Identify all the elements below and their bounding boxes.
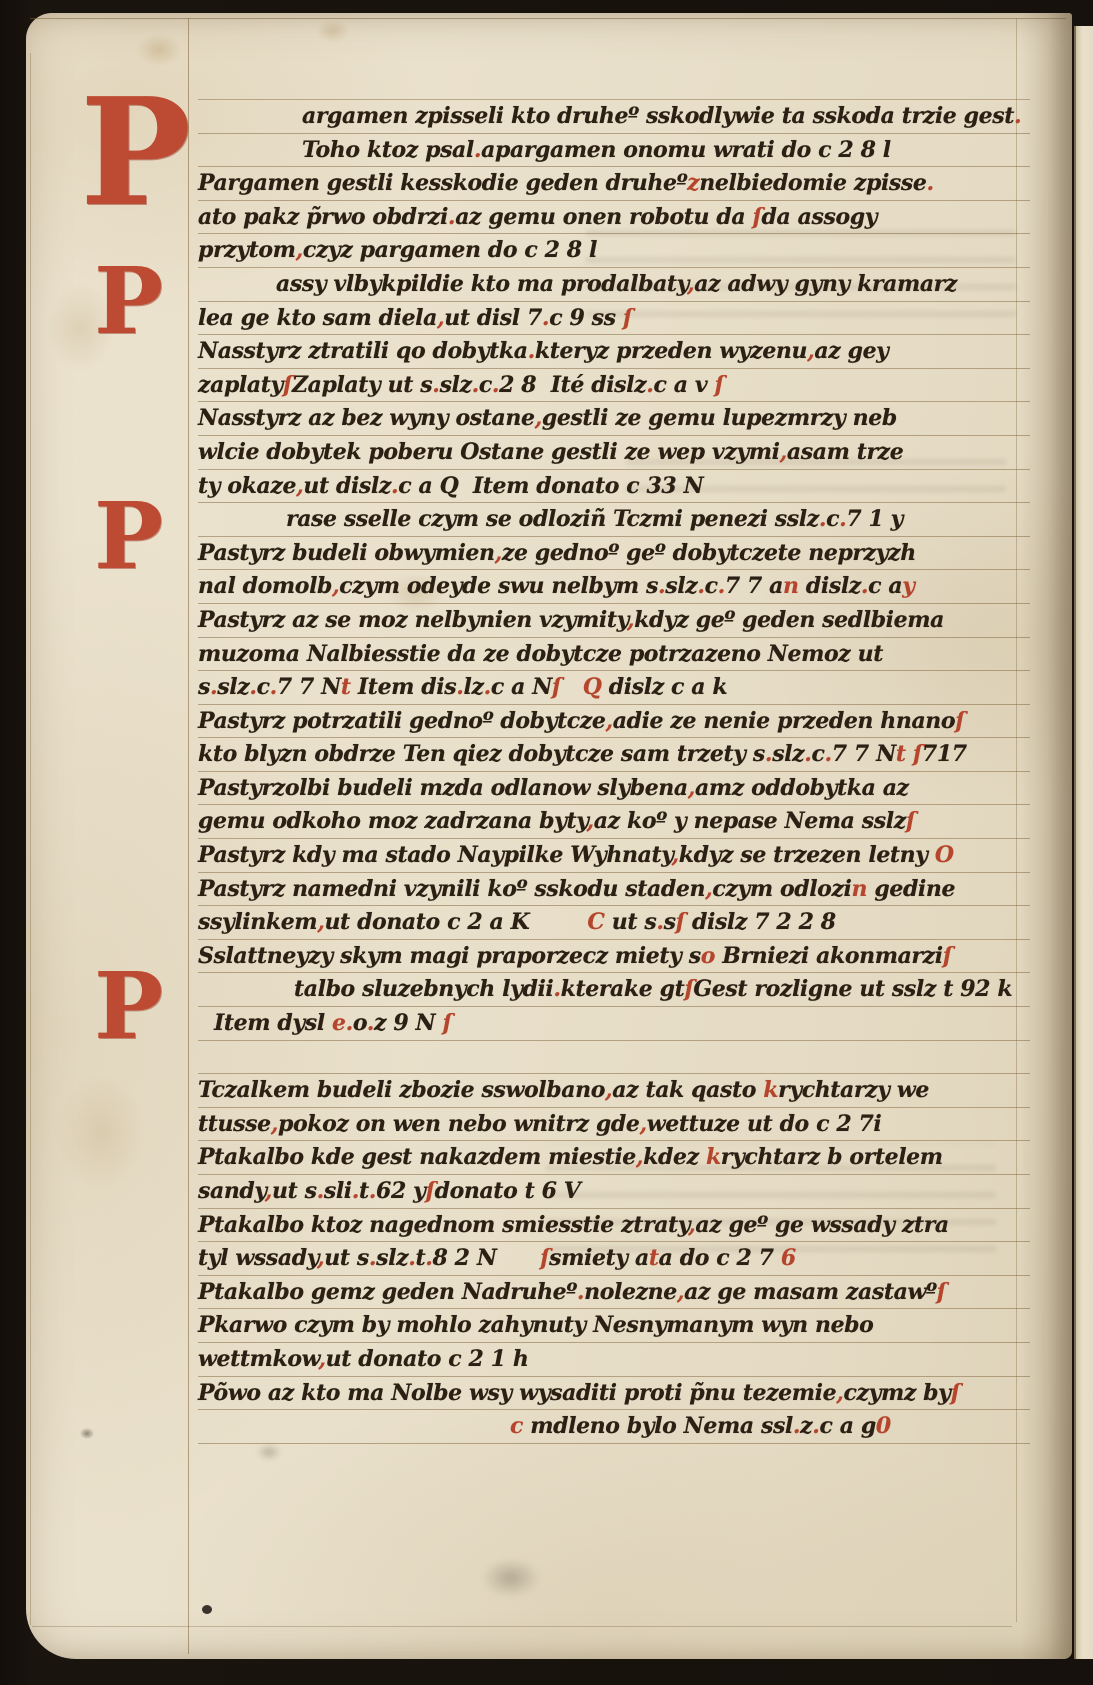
manuscript-line: Põwo az kto ma Nolbe wsy wysaditi proti … — [198, 1377, 1030, 1411]
rubricated-text: t — [896, 741, 906, 767]
rubricated-text: ſ — [955, 708, 964, 734]
ink-text: muzoma Nalbiesstie da ze dobytcze potrza… — [198, 641, 883, 667]
rubricated-text: n — [783, 573, 799, 599]
manuscript-line: zaplatyſZaplaty ut s.slz.c.2 8 Ité dislz… — [198, 369, 1030, 403]
ink-text: Brniezi akonmarzi — [715, 943, 943, 969]
ink-text: slz — [376, 1245, 408, 1271]
manuscript-line: Pastyrz az se moz nelbynien vzymity,kdyz… — [198, 604, 1030, 638]
ink-text: kdez — [643, 1144, 706, 1170]
ink-text: Nasstyrz ztratili qo dobytka — [198, 338, 528, 364]
rubricated-text: Q — [583, 674, 602, 700]
manuscript-line: Item dysl e.o.z 9 N ſ — [198, 1007, 1030, 1041]
ink-text: az ge masam zastawº — [684, 1279, 936, 1305]
ink-text: Zaplaty ut s — [292, 372, 432, 398]
ink-text: c a v — [654, 372, 715, 398]
ink-text: Tczalkem budeli zbozie sswolbano — [198, 1077, 605, 1103]
ink-text: asam trze — [787, 439, 903, 465]
rubricated-text: . — [270, 674, 277, 700]
ink-text: ato pakz p̃rwo obdrzi — [198, 204, 448, 230]
rubricated-text: . — [927, 170, 934, 196]
ink-text: lea ge kto sam diela — [198, 305, 437, 331]
ink-text: amz oddobytka az — [695, 775, 909, 801]
rubricated-text: 6 — [781, 1245, 796, 1271]
rubricated-text: . — [369, 1178, 376, 1204]
ink-text: c — [826, 506, 839, 532]
rubricated-text: y — [902, 573, 914, 599]
ink-text: slz — [440, 372, 472, 398]
ink-text: az tak qasto — [612, 1077, 763, 1103]
smudge — [256, 1443, 282, 1461]
ink-text: s — [664, 909, 676, 935]
rubricated-text: ſ — [540, 1245, 549, 1271]
ink-text: kterake gt — [561, 976, 685, 1002]
ink-text: c a g — [820, 1413, 876, 1439]
rubricated-text: ſ — [283, 372, 292, 398]
rubricated-text: , — [265, 1178, 272, 1204]
rubricated-text: k — [763, 1077, 778, 1103]
ink-text: ty okaze — [198, 473, 296, 499]
rubricated-text: ſ — [426, 1178, 435, 1204]
ink-text — [561, 674, 583, 700]
ink-text: ssylinkem — [198, 909, 317, 935]
rubricated-text: n — [852, 876, 868, 902]
manuscript-line: przytom,czyz pargamen do c 2 8 l — [198, 234, 1030, 268]
ink-text: t — [359, 1178, 369, 1204]
rubricated-text: . — [528, 338, 535, 364]
rubricated-text: . — [646, 372, 653, 398]
ink-text: az gey — [814, 338, 888, 364]
ink-text: ut donato c 2 a K — [324, 909, 587, 935]
ink-text: gestli ze gemu lupezmrzy neb — [542, 405, 897, 431]
manuscript-line: Toho ktoz psal.apargamen onomu wrati do … — [198, 134, 1030, 168]
ink-text: kteryz przeden wyzenu — [535, 338, 807, 364]
manuscript-line: Ptakalbo kde gest nakazdem miestie,kdez … — [198, 1141, 1030, 1175]
ink-text: Pastyrz budeli obwymien — [198, 540, 495, 566]
ink-text: slz — [665, 573, 697, 599]
ink-text: c a — [868, 573, 902, 599]
ink-text: ut s — [272, 1178, 317, 1204]
manuscript-line: Pkarwo czym by mohlo zahynuty Nesnymanym… — [198, 1309, 1030, 1343]
ink-text: az geº ge wssady ztra — [695, 1212, 948, 1238]
ink-text: Item dis — [351, 674, 457, 700]
manuscript-line: lea ge kto sam diela,ut disl 7.c 9 ss ſ — [198, 302, 1030, 336]
rubricated-text: ſ — [752, 204, 761, 230]
rubricated-text: ſ — [442, 1010, 451, 1036]
ink-text: Item dysl — [214, 1010, 332, 1036]
stain — [56, 1073, 146, 1193]
ink-dot — [202, 1605, 212, 1614]
rubricated-text: . — [819, 506, 826, 532]
ink-text: rase sselle czym se odloziñ Tczmi penezi… — [286, 506, 819, 532]
ink-text: Ptakalbo gemz geden Nadruheº — [198, 1279, 577, 1305]
ink-text: nelbiedomie zpisse — [699, 170, 926, 196]
ink-text: a do c 2 7 — [659, 1245, 781, 1271]
ink-text: czymz by — [843, 1380, 950, 1406]
manuscript-line: Pastyrz budeli obwymien,ze gednoº geº do… — [198, 537, 1030, 571]
manuscript-line: Pargamen zpisseli kto druheº sskodlywie … — [198, 100, 1030, 134]
ink-text: s — [198, 674, 210, 700]
manuscript-line: nal domolb,czym odeyde swu nelbym s.slz.… — [198, 570, 1030, 604]
ink-text: az adwy gyny kramarz — [694, 271, 957, 297]
ink-text: czym odlozi — [712, 876, 851, 902]
ruling-top — [30, 18, 1066, 19]
ink-text: c 9 ss — [549, 305, 623, 331]
ink-text: 7 7 N — [832, 741, 896, 767]
ink-text: czym odeyde swu nelbym s — [339, 573, 658, 599]
rubricated-text: , — [535, 405, 542, 431]
ink-text: Põwo az kto ma Nolbe wsy wysaditi proti … — [198, 1380, 836, 1406]
manuscript-line: c mdleno bylo Nema ssl.z.c a g0 — [198, 1410, 1030, 1444]
ink-text: adie ze nenie przeden hnano — [613, 708, 955, 734]
stain — [136, 33, 182, 67]
ink-text: Ptakalbo ktoz nagednom smiesstie ztraty — [198, 1212, 688, 1238]
ink-text: Sslattneyzy skym magi praporzecz miety s — [198, 943, 701, 969]
ink-text: ze gednoº geº dobytczete neprzyzh — [502, 540, 916, 566]
ink-text: lz — [464, 674, 484, 700]
ink-text: kdyz se trzezen letny — [679, 842, 935, 868]
ink-text: tyl wssady — [198, 1245, 317, 1271]
ink-text: Pastyrz potrzatili gednoº dobytcze — [198, 708, 606, 734]
manuscript-line: Nasstyrz ztratili qo dobytka.kteryz prze… — [198, 335, 1030, 369]
manuscript-line: tyl wssady,ut s.slz.t.8 2 N ſsmiety ata … — [198, 1242, 1030, 1276]
dark-spot — [80, 1428, 94, 1439]
manuscript-line — [198, 1041, 1030, 1075]
rubricated-text: . — [352, 1178, 359, 1204]
rubricated-text: ſ — [623, 305, 632, 331]
ink-text: Pkarwo czym by mohlo zahynuty Nesnymanym… — [198, 1312, 873, 1338]
manuscript-line: Prase sselle czym se odloziñ Tczmi penez… — [198, 503, 1030, 537]
rubricated-text: k — [706, 1144, 721, 1170]
ink-text: o — [353, 1010, 367, 1036]
manuscript-line: Sslattneyzy skym magi praporzecz miety s… — [198, 940, 1030, 974]
rubricated-text: , — [271, 1111, 278, 1137]
rubricated-text: 0 — [876, 1413, 891, 1439]
manuscript-line: Ptalbo sluzebnych lydii.kterake gtſGest … — [198, 973, 1030, 1007]
manuscript-line: s.slz.c.7 7 Nt Item dis.lz.c a Nſ Q disl… — [198, 671, 1030, 705]
ruling-left-margin — [188, 18, 189, 1654]
rubricated-text: . — [812, 1413, 819, 1439]
rubricated-text: . — [249, 674, 256, 700]
manuscript-line: wettmkow,ut donato c 2 1 h — [198, 1343, 1030, 1377]
ink-text: 7 1 y — [846, 506, 903, 532]
manuscript-line: Pastyrz namedni vzynili koº sskodu stade… — [198, 873, 1030, 907]
ink-text: c a Q Item donato c 33 N — [398, 473, 703, 499]
ink-text: Nasstyrz az bez wyny ostane — [198, 405, 535, 431]
rubricated-text: . — [697, 573, 704, 599]
parchment-page: Pargamen zpisseli kto druheº sskodlywie … — [26, 13, 1072, 1659]
ink-text: smiety a — [549, 1245, 649, 1271]
ink-text: gemu odkoho moz zadrzana byty — [198, 808, 587, 834]
ink-text: rychtarzy we — [778, 1077, 929, 1103]
manuscript-line: muzoma Nalbiesstie da ze dobytcze potrza… — [198, 638, 1030, 672]
rubricated-text: ſ — [937, 1279, 946, 1305]
manuscript-line: gemu odkoho moz zadrzana byty,az koº y n… — [198, 805, 1030, 839]
manuscript-line: ttusse,pokoz on wen nebo wnitrz gde,wett… — [198, 1108, 1030, 1142]
manuscript-line: Ptakalbo ktoz nagednom smiesstie ztraty,… — [198, 1209, 1030, 1243]
manuscript-line: Pargamen gestli kesskodie geden druheºzn… — [198, 167, 1030, 201]
ink-text: az koº y nepase Nema sslz — [594, 808, 906, 834]
ruling-left-edge — [30, 53, 31, 1625]
rubricated-text: , — [780, 439, 787, 465]
ink-text — [906, 741, 913, 767]
ink-text: kdyz geº geden sedlbiema — [634, 607, 944, 633]
ink-text: az gemu onen robotu da — [455, 204, 752, 230]
ink-text: nolezne — [584, 1279, 677, 1305]
rubricated-text: , — [296, 237, 303, 263]
rubric-initial: P — [94, 260, 163, 343]
ink-text: ttusse — [198, 1111, 271, 1137]
rubricated-text: . — [367, 1010, 374, 1036]
rubricated-text: ſ — [951, 1380, 960, 1406]
ruling-bottom — [32, 1626, 1012, 1627]
manuscript-photo: Pargamen zpisseli kto druheº sskodlywie … — [0, 0, 1093, 1685]
ink-text: slz — [772, 741, 804, 767]
ink-text: 717 — [922, 741, 967, 767]
manuscript-line: Nasstyrz az bez wyny ostane,gestli ze ge… — [198, 402, 1030, 436]
ink-text: nal domolb — [198, 573, 332, 599]
ink-text: ut dislz — [303, 473, 391, 499]
ink-text: da assogy — [762, 204, 878, 230]
ink-text: 7 7 N — [277, 674, 341, 700]
rubricated-text: z — [687, 170, 699, 196]
stain — [316, 19, 350, 43]
rubricated-text: o — [701, 943, 715, 969]
smudge — [481, 1558, 541, 1598]
ink-text: ut s — [605, 909, 657, 935]
ink-text: czyz pargamen do c 2 8 l — [303, 237, 597, 263]
ink-text: sandy — [198, 1178, 265, 1204]
rubricated-text: . — [656, 909, 663, 935]
manuscript-line: Pastyrzolbi budeli mzda odlanow slybena,… — [198, 772, 1030, 806]
ink-text: 7 7 a — [725, 573, 783, 599]
rubricated-text: , — [495, 540, 502, 566]
text-block: Pargamen zpisseli kto druheº sskodlywie … — [198, 99, 1030, 1444]
rubricated-text: ſ — [715, 372, 724, 398]
rubricated-text: ſ — [943, 943, 952, 969]
next-page-edge — [1074, 26, 1093, 1659]
rubricated-text: . — [718, 573, 725, 599]
ink-text: zaplaty — [198, 372, 283, 398]
ink-text: gedine — [867, 876, 955, 902]
ink-text: c — [479, 372, 492, 398]
ink-text: Pastyrz kdy ma stado Naypilke Wyhnaty — [198, 842, 672, 868]
rubricated-text: . — [317, 1178, 324, 1204]
ink-text: kto blyzn obdrze Ten qiez dobytcze sam t… — [198, 741, 765, 767]
manuscript-line: Passy vlbykpildie kto ma prodalbaty,az a… — [198, 268, 1030, 302]
rubricated-text: ſ — [906, 808, 915, 834]
ink-text: dislz — [799, 573, 861, 599]
manuscript-line: Tczalkem budeli zbozie sswolbano,az tak … — [198, 1074, 1030, 1108]
rubricated-text: ſ — [552, 674, 561, 700]
ink-text: t — [415, 1245, 425, 1271]
ink-text: wlcie dobytek poberu Ostane gestli ze we… — [198, 439, 780, 465]
ink-text: Pastyrzolbi budeli mzda odlanow slybena — [198, 775, 688, 801]
rubricated-text: , — [672, 842, 679, 868]
ink-text: przytom — [198, 237, 296, 263]
ink-text: c — [257, 674, 270, 700]
ink-text: c — [705, 573, 718, 599]
ink-text: Pastyrz az se moz nelbynien vzymity — [198, 607, 627, 633]
ink-text: ut s — [324, 1245, 369, 1271]
ink-text: 2 8 Ité dislz — [499, 372, 646, 398]
rubricated-text: . — [553, 976, 560, 1002]
rubricated-text: , — [639, 1111, 646, 1137]
rubricated-text: . — [472, 372, 479, 398]
rubricated-text: C — [587, 909, 604, 935]
ink-text: z 9 N — [374, 1010, 443, 1036]
ink-text: mdleno bylo Nema ssl — [523, 1413, 793, 1439]
ink-text: dislz 7 2 2 8 — [685, 909, 836, 935]
rubric-initial: P — [80, 86, 191, 219]
ink-text: donato t 6 V — [435, 1178, 581, 1204]
manuscript-line: Pastyrz kdy ma stado Naypilke Wyhnaty,kd… — [198, 839, 1030, 873]
manuscript-line: ssylinkem,ut donato c 2 a K C ut s.sſ di… — [198, 906, 1030, 940]
ink-text: ut disl 7 — [444, 305, 542, 331]
ink-text: Pastyrz namedni vzynili koº sskodu stade… — [198, 876, 705, 902]
manuscript-line: ato pakz p̃rwo obdrzi.az gemu onen robot… — [198, 201, 1030, 235]
ink-text: c — [812, 741, 825, 767]
ink-text: wettuze ut do c 2 7i — [647, 1111, 882, 1137]
ink-text: pokoz on wen nebo wnitrz gde — [278, 1111, 640, 1137]
ink-text: dislz c a k — [602, 674, 728, 700]
ink-text: Toho ktoz psal — [302, 137, 474, 163]
rubricated-text: , — [688, 775, 695, 801]
rubricated-text: t — [341, 674, 351, 700]
rubricated-text: ſ — [913, 741, 922, 767]
rubricated-text: , — [606, 708, 613, 734]
manuscript-line: wlcie dobytek poberu Ostane gestli ze we… — [198, 436, 1030, 470]
ink-text: talbo sluzebnych lydii — [294, 976, 553, 1002]
rubricated-text: . — [484, 674, 491, 700]
ink-text: 8 2 N — [432, 1245, 540, 1271]
ink-text: slz — [217, 674, 249, 700]
rubricated-text: e. — [332, 1010, 353, 1036]
manuscript-line: kto blyzn obdrze Ten qiez dobytcze sam t… — [198, 738, 1030, 772]
ink-text: assy vlbykpildie kto ma prodalbaty — [276, 271, 687, 297]
rubricated-text: t — [649, 1245, 659, 1271]
ink-text: Gest rozligne ut sslz t 92 k — [693, 976, 1012, 1002]
ink-text: 62 y — [376, 1178, 425, 1204]
ink-text: wettmkow — [198, 1346, 318, 1372]
rubricated-text: , — [318, 1346, 325, 1372]
ink-text: ut donato c 2 1 h — [326, 1346, 529, 1372]
ink-text: Ptakalbo kde gest nakazdem miestie — [198, 1144, 636, 1170]
rubricated-text: O — [935, 842, 954, 868]
ink-text: sli — [324, 1178, 352, 1204]
manuscript-line: Pastyrz potrzatili gednoº dobytcze,adie … — [198, 705, 1030, 739]
manuscript-line: sandy,ut s.sli.t.62 yſdonato t 6 V — [198, 1175, 1030, 1209]
manuscript-line: ty okaze,ut dislz.c a Q Item donato c 33… — [198, 470, 1030, 504]
rubric-initial: P — [94, 495, 163, 578]
ink-text: z — [800, 1413, 812, 1439]
page-fold-shading — [1020, 13, 1072, 1659]
ink-text: Pargamen gestli kesskodie geden druheº — [198, 170, 687, 196]
ink-text: apargamen onomu wrati do c 2 8 l — [481, 137, 891, 163]
ink-text: rychtarz b ortelem — [721, 1144, 943, 1170]
rubricated-text: ſ — [676, 909, 685, 935]
rubric-initial: P — [94, 965, 163, 1048]
manuscript-line: Ptakalbo gemz geden Nadruheº.nolezne,az … — [198, 1276, 1030, 1310]
rubricated-text: . — [432, 372, 439, 398]
rubricated-text: . — [825, 741, 832, 767]
rubricated-text: , — [587, 808, 594, 834]
rubricated-text: c — [510, 1413, 523, 1439]
ink-text: argamen zpisseli kto druheº sskodlywie t… — [302, 103, 1014, 129]
rubricated-text: . — [456, 674, 463, 700]
ink-text: c a N — [491, 674, 552, 700]
rubricated-text: . — [804, 741, 811, 767]
